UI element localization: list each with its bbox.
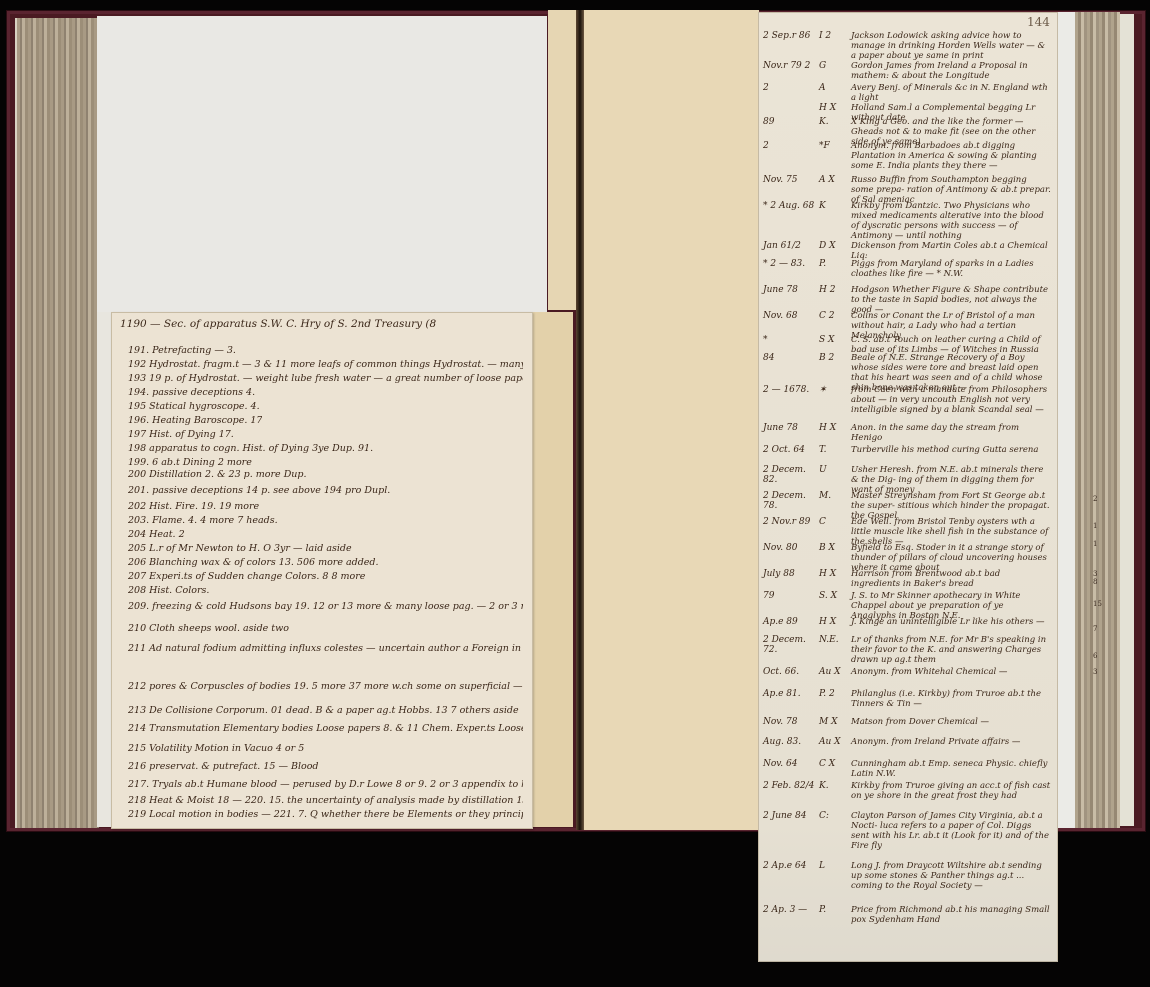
- list-item: 212 pores & Corpuscles of bodies 19. 5 m…: [128, 681, 523, 692]
- entry-date: Ap.e 81.: [763, 689, 817, 699]
- entry-date: Nov. 64: [763, 759, 817, 769]
- entry-text: 210 Cloth sheeps wool. aside two: [128, 623, 289, 634]
- entry-date: 2 Decem. 78.: [763, 491, 817, 511]
- entry-code: H X: [819, 423, 849, 433]
- fore-edge-number: 1: [1093, 522, 1097, 530]
- list-item: ✓199. 6 ab.t Dining 2 more: [128, 457, 252, 468]
- entry-code: U: [819, 465, 849, 475]
- entry-text: 209. freezing & cold Hudsons bay 19. 12 …: [128, 601, 523, 612]
- list-item: X205 L.r of Mr Newton to H. O 3yr — laid…: [128, 543, 352, 554]
- list-item: X195 Statical hygroscope. 4.: [128, 401, 260, 412]
- entry-text: 208 Hist. Colors.: [128, 585, 209, 596]
- entry-text: Kirkby from Truroe giving an acc.t of fi…: [851, 781, 1051, 801]
- entry-date: Ap.e 89: [763, 617, 817, 627]
- list-item: X204 Heat. 2: [128, 529, 185, 540]
- fore-edge-number: 15: [1093, 600, 1102, 608]
- entry-date: Nov. 78: [763, 717, 817, 727]
- entry-text: 206 Blanching wax & of colors 13. 506 mo…: [128, 557, 379, 568]
- list-item: X196. Heating Baroscope. 17: [128, 415, 262, 426]
- entry-date: Jan 61/2: [763, 241, 817, 251]
- entry-text: Piggs from Maryland of sparks in a Ladie…: [851, 259, 1051, 279]
- entry-text: 217. Tryals ab.t Humane blood — perused …: [128, 779, 523, 790]
- entry-text: C. S. ab.t Touch on leather curing a Chi…: [851, 335, 1051, 355]
- entry-text: from Caen with a mandate from Philosophe…: [851, 385, 1051, 415]
- right-endpaper: [1120, 14, 1134, 826]
- fore-edge-number: 1: [1093, 540, 1097, 548]
- entry-date: Oct. 66.: [763, 667, 817, 677]
- list-item: 216 preservat. & putrefact. 15 — Blood: [128, 761, 319, 772]
- entry-code: B 2: [819, 353, 849, 363]
- list-item: ✓198 apparatus to cogn. Hist. of Dying 3…: [128, 443, 373, 454]
- entry-text: 218 Heat & Moist 18 — 220. 15. the uncer…: [128, 795, 523, 806]
- right-blank-page: [584, 10, 759, 830]
- list-item: ✓214 Transmutation Elementary bodies Loo…: [128, 723, 523, 734]
- entry-text: 202 Hist. Fire. 19. 19 more: [128, 501, 259, 512]
- entry-code: B X: [819, 543, 849, 553]
- entry-text: 193 19 p. of Hydrostat. — weight lube fr…: [128, 373, 523, 384]
- entry-text: Philanglus (i.e. Kirkby) from Truroe ab.…: [851, 689, 1051, 709]
- list-item: X203. Flame. 4. 4 more 7 heads.: [128, 515, 278, 526]
- entry-code: N.E.: [819, 635, 849, 645]
- list-item: X206 Blanching wax & of colors 13. 506 m…: [128, 557, 379, 568]
- entry-code: ✶: [819, 385, 849, 395]
- entry-date: Nov. 68: [763, 311, 817, 321]
- entry-code: Au X: [819, 737, 849, 747]
- entry-code: M X: [819, 717, 849, 727]
- list-item: X202 Hist. Fire. 19. 19 more: [128, 501, 259, 512]
- entry-code: C X: [819, 759, 849, 769]
- entry-date: 2: [763, 83, 817, 93]
- entry-text: 194. passive deceptions 4.: [128, 387, 255, 398]
- entry-code: K: [819, 201, 849, 211]
- entry-text: 203. Flame. 4. 4 more 7 heads.: [128, 515, 278, 526]
- entry-code: P. 2: [819, 689, 849, 699]
- entry-text: 212 pores & Corpuscles of bodies 19. 5 m…: [128, 681, 523, 692]
- entry-date: 2 June 84: [763, 811, 817, 821]
- entry-code: L: [819, 861, 849, 871]
- list-item: 219 Local motion in bodies — 221. 7. Q w…: [128, 809, 523, 820]
- entry-text: Avery Benj. of Minerals &c in N. England…: [851, 83, 1051, 103]
- entry-text: 201. passive deceptions 14 p. see above …: [128, 485, 390, 496]
- entry-code: K.: [819, 117, 849, 127]
- entry-date: * 2 Aug. 68: [763, 201, 817, 211]
- entry-text: Dickenson from Martin Coles ab.t a Chemi…: [851, 241, 1051, 261]
- entry-code: M.: [819, 491, 849, 501]
- entry-date: * 2 — 83.: [763, 259, 817, 269]
- entry-text: Cunningham ab.t Emp. seneca Physic. chie…: [851, 759, 1051, 779]
- list-item: X210 Cloth sheeps wool. aside two: [128, 623, 289, 634]
- left-blank-page: [97, 16, 547, 312]
- entry-text: Anonym. from Ireland Private affairs —: [851, 737, 1051, 747]
- entry-text: 213 De Collisione Corporum. 01 dead. B &…: [128, 705, 519, 716]
- list-item: X208 Hist. Colors.: [128, 585, 209, 596]
- entry-date: Nov. 75: [763, 175, 817, 185]
- entry-date: June 78: [763, 423, 817, 433]
- entry-date: 2: [763, 141, 817, 151]
- entry-code: H 2: [819, 285, 849, 295]
- entry-date: 89: [763, 117, 817, 127]
- entry-code: C:: [819, 811, 849, 821]
- entry-text: 214 Transmutation Elementary bodies Loos…: [128, 723, 523, 734]
- entry-date: 79: [763, 591, 817, 601]
- entry-date: *: [763, 335, 817, 345]
- entry-text: Turberville his method curing Gutta sere…: [851, 445, 1051, 455]
- list-item: X193 19 p. of Hydrostat. — weight lube f…: [128, 373, 523, 384]
- fore-edge-number: 3: [1093, 668, 1097, 676]
- list-item: 191. Petrefacting — 3.: [128, 345, 236, 356]
- entry-code: S X: [819, 335, 849, 345]
- entry-code: T.: [819, 445, 849, 455]
- entry-code: A X: [819, 175, 849, 185]
- entry-date: 2 Ap.e 64: [763, 861, 817, 871]
- entry-text: 204 Heat. 2: [128, 529, 185, 540]
- fore-edge-number: 6: [1093, 652, 1097, 660]
- right-page-block-edge: 2113815763: [1075, 12, 1120, 828]
- book-gutter: [576, 10, 584, 830]
- entry-code: C 2: [819, 311, 849, 321]
- entry-date: June 78: [763, 285, 817, 295]
- entry-date: 84: [763, 353, 817, 363]
- fore-edge-number: 8: [1093, 578, 1097, 586]
- list-item: X207 Experi.ts of Sudden change Colors. …: [128, 571, 365, 582]
- entry-text: Anon. in the same day the stream from He…: [851, 423, 1051, 443]
- list-item: 209. freezing & cold Hudsons bay 19. 12 …: [128, 601, 523, 612]
- entry-date: Nov.r 79 2: [763, 61, 817, 71]
- entry-text: Harrison from Brentwood ab.t bad ingredi…: [851, 569, 1051, 589]
- entry-code: P.: [819, 905, 849, 915]
- entry-date: July 88: [763, 569, 817, 579]
- entry-date: 2 Oct. 64: [763, 445, 817, 455]
- entry-text: Anonym. from Whitehal Chemical —: [851, 667, 1051, 677]
- entry-code: C: [819, 517, 849, 527]
- entry-text: 195 Statical hygroscope. 4.: [128, 401, 260, 412]
- folio-number: 144: [1027, 15, 1050, 29]
- entry-code: S. X: [819, 591, 849, 601]
- entry-text: Kirkby from Dantzic. Two Physicians who …: [851, 201, 1051, 241]
- fore-edge-number: 7: [1093, 625, 1097, 633]
- fore-edge-number: 3: [1093, 570, 1097, 578]
- list-item: 215 Volatility Motion in Vacuo 4 or 5: [128, 743, 304, 754]
- entry-text: Lr of thanks from N.E. for Mr B's speaki…: [851, 635, 1051, 665]
- entry-text: Matson from Dover Chemical —: [851, 717, 1051, 727]
- list-item: X200 Distillation 2. & 23 p. more Dup.: [128, 469, 307, 480]
- list-item: 217. Tryals ab.t Humane blood — perused …: [128, 779, 523, 790]
- list-item: X197 Hist. of Dying 17.: [128, 429, 234, 440]
- entry-text: 196. Heating Baroscope. 17: [128, 415, 262, 426]
- entry-text: Long J. from Draycott Wiltshire ab.t sen…: [851, 861, 1051, 891]
- leaf-heading: 1190 — Sec. of apparatus S.W. C. Hry of …: [120, 319, 436, 330]
- entry-date: Nov. 80: [763, 543, 817, 553]
- entry-text: 207 Experi.ts of Sudden change Colors. 8…: [128, 571, 365, 582]
- entry-text: 219 Local motion in bodies — 221. 7. Q w…: [128, 809, 523, 820]
- entry-text: 199. 6 ab.t Dining 2 more: [128, 457, 252, 468]
- left-manuscript-leaf: 1190 — Sec. of apparatus S.W. C. Hry of …: [111, 312, 533, 829]
- entry-text: 211 Ad natural fodium admitting influxs …: [128, 643, 523, 654]
- entry-text: 205 L.r of Mr Newton to H. O 3yr — laid …: [128, 543, 352, 554]
- entry-text: 200 Distillation 2. & 23 p. more Dup.: [128, 469, 307, 480]
- entry-code: I 2: [819, 31, 849, 41]
- entry-date: 2 Sep.r 86: [763, 31, 817, 41]
- entry-text: Gordon James from Ireland a Proposal in …: [851, 61, 1051, 81]
- entry-code: A: [819, 83, 849, 93]
- entry-text: 215 Volatility Motion in Vacuo 4 or 5: [128, 743, 304, 754]
- list-item: X192 Hydrostat. fragm.t — 3 & 11 more le…: [128, 359, 523, 370]
- list-item: X194. passive deceptions 4.: [128, 387, 255, 398]
- entry-text: 197 Hist. of Dying 17.: [128, 429, 234, 440]
- entry-text: 198 apparatus to cogn. Hist. of Dying 3y…: [128, 443, 373, 454]
- entry-code: G: [819, 61, 849, 71]
- entry-date: 2 Nov.r 89: [763, 517, 817, 527]
- entry-text: 216 preservat. & putrefact. 15 — Blood: [128, 761, 319, 772]
- list-item: —211 Ad natural fodium admitting influxs…: [128, 643, 523, 654]
- entry-code: *F: [819, 141, 849, 151]
- gutter-stub: [548, 10, 578, 310]
- entry-date: 2 Decem. 72.: [763, 635, 817, 655]
- list-item: 201. passive deceptions 14 p. see above …: [128, 485, 390, 496]
- entry-date: 2 Decem. 82.: [763, 465, 817, 485]
- left-page-block-edge: [15, 18, 99, 828]
- entry-code: Au X: [819, 667, 849, 677]
- entry-code: H X: [819, 617, 849, 627]
- entry-text: Jackson Lodowick asking advice how to ma…: [851, 31, 1051, 61]
- entry-date: 2 Feb. 82/4: [763, 781, 817, 791]
- entry-date: 2 Ap. 3 —: [763, 905, 817, 915]
- list-item: 213 De Collisione Corporum. 01 dead. B &…: [128, 705, 519, 716]
- entry-date: Aug. 83.: [763, 737, 817, 747]
- entry-text: Price from Richmond ab.t his managing Sm…: [851, 905, 1051, 925]
- entry-text: Clayton Parson of James City Virginia, a…: [851, 811, 1051, 851]
- entry-code: K.: [819, 781, 849, 791]
- entry-text: 191. Petrefacting — 3.: [128, 345, 236, 356]
- entry-date: 2 — 1678.: [763, 385, 817, 395]
- right-manuscript-strip: 144 2 Sep.r 86I 2Jackson Lodowick asking…: [758, 12, 1058, 962]
- entry-text: J. Kinge an unintelligible Lr like his o…: [851, 617, 1051, 627]
- entry-code: H X: [819, 569, 849, 579]
- fore-edge-number: 2: [1093, 495, 1097, 503]
- entry-text: Anonym. from Barbadoes ab.t digging Plan…: [851, 141, 1051, 171]
- entry-code: P.: [819, 259, 849, 269]
- right-guard-strip: [1055, 12, 1077, 828]
- list-item: 218 Heat & Moist 18 — 220. 15. the uncer…: [128, 795, 523, 806]
- entry-code: H X: [819, 103, 849, 113]
- left-guard-flap: [530, 312, 573, 827]
- entry-text: 192 Hydrostat. fragm.t — 3 & 11 more lea…: [128, 359, 523, 370]
- entry-code: D X: [819, 241, 849, 251]
